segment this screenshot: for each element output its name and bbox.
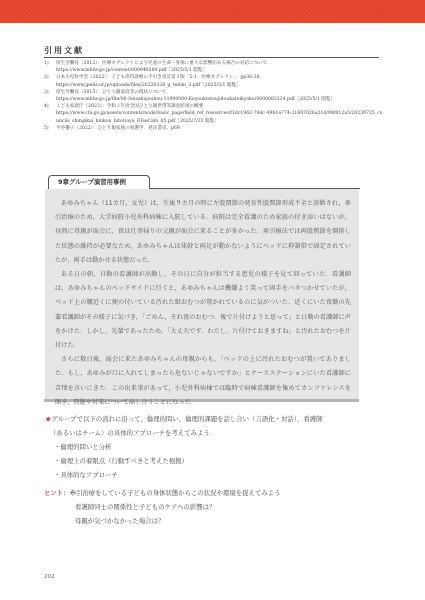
reference-text: 平谷優子（2022）：ひとり親家族の看護学．晃洋書房，p69． bbox=[56, 126, 184, 131]
case-paragraph: ある日の朝，日勤の看護師が出勤し，その日に自分が担当する患児の様子を見て回ってい… bbox=[55, 268, 351, 353]
case-tab-label: 9章グループ演習用事例 bbox=[48, 175, 150, 189]
case-body: あゆみちゃん（11カ月，女児）は，生後９カ月の時に左股関節の発育性股関節形成不全… bbox=[55, 197, 351, 410]
reference-text: こども家庭庁（2023）：令和３年度全国ひとり親世帯等調査結果の概要． bbox=[56, 104, 208, 109]
reference-item: 3) 厚生労働省（2015）：ひとり親家庭等の現状について． https://w… bbox=[44, 89, 384, 103]
task-item: ・倫理上の着眼点（行動すべきと考えた根拠） bbox=[45, 454, 375, 468]
group-task: ★グループで以下の流れに沿って，倫理的問い，倫理的課題を話し合い（言語化・対話）… bbox=[45, 412, 375, 482]
hint-label: ヒント： bbox=[44, 489, 70, 497]
references-heading: 引用文献 bbox=[44, 45, 379, 58]
task-item: ・具体的なアプローチ bbox=[45, 468, 375, 482]
reference-text: 厚生労働省（2015）：ひとり親家庭等の現状について． bbox=[56, 90, 171, 95]
hint-block: ヒント：牽引治療をしている子どもの身体状態からこの状況や環境を捉えてみよう 看護… bbox=[44, 486, 384, 528]
reference-text: 日本小児科学会（2022）：子ども虐待診療の手引き改訂第３版「5-1．医療ネグレ… bbox=[56, 75, 264, 80]
references-list: 1) 厚生労働省（2012）：医療ネグレクトにより児童の生命・身体に重大な影響が… bbox=[44, 60, 384, 132]
reference-item: 1) 厚生労働省（2012）：医療ネグレクトにより児童の生命・身体に重大な影響が… bbox=[44, 60, 384, 74]
reference-text: 厚生労働省（2012）：医療ネグレクトにより児童の生命・身体に重大な影響がある場… bbox=[56, 61, 272, 66]
reference-number: 4) bbox=[44, 103, 49, 110]
reference-number: 2) bbox=[44, 74, 49, 81]
hint-line: 看護師同士の関係性と子どものケアへの影響は？ bbox=[44, 500, 384, 514]
reference-url[interactable]: https://www.mhlw.go.jp/file/06-Seisakujo… bbox=[56, 96, 384, 103]
reference-number: 3) bbox=[44, 89, 49, 96]
task-item: ・倫理的問いと分析 bbox=[45, 440, 375, 454]
header-color-band bbox=[0, 0, 425, 23]
hint-line: 母親が気づかなかった場合は？ bbox=[44, 514, 384, 528]
reference-item: 5) 平谷優子（2022）：ひとり親家族の看護学．晃洋書房，p69． bbox=[44, 125, 384, 132]
reference-item: 4) こども家庭庁（2023）：令和３年度全国ひとり親世帯等調査結果の概要． h… bbox=[44, 103, 384, 125]
reference-url[interactable]: https://www.cfa.go.jp/assets/contents/no… bbox=[56, 110, 384, 124]
hint-line: 牽引治療をしている子どもの身体状態からこの状況や環境を捉えてみよう bbox=[70, 489, 281, 497]
reference-url[interactable]: https://www.jpeds.or.jp/uploads/files/20… bbox=[56, 82, 384, 89]
reference-item: 2) 日本小児科学会（2022）：子ども虐待診療の手引き改訂第３版「5-1．医療… bbox=[44, 74, 384, 88]
reference-url[interactable]: https://www.mhlw.go.jp/content/000948289… bbox=[56, 67, 384, 74]
reference-number: 1) bbox=[44, 60, 49, 67]
task-intro: グループで以下の流れに沿って，倫理的問い，倫理的課題を話し合い（言語化・対話），… bbox=[51, 415, 322, 423]
task-intro-cont: （あるいはチーム）の具体的アプローチを考えてみよう． bbox=[45, 426, 375, 440]
case-paragraph: さらに数日後，面会に来たあゆみちゃんの母親からも，「ベッドの上に汚れたおむつが置… bbox=[55, 353, 351, 410]
reference-number: 5) bbox=[44, 125, 49, 132]
case-paragraph: あゆみちゃん（11カ月，女児）は，生後９カ月の時に左股関節の発育性股関節形成不全… bbox=[55, 197, 351, 268]
page-number: 202 bbox=[44, 574, 55, 580]
